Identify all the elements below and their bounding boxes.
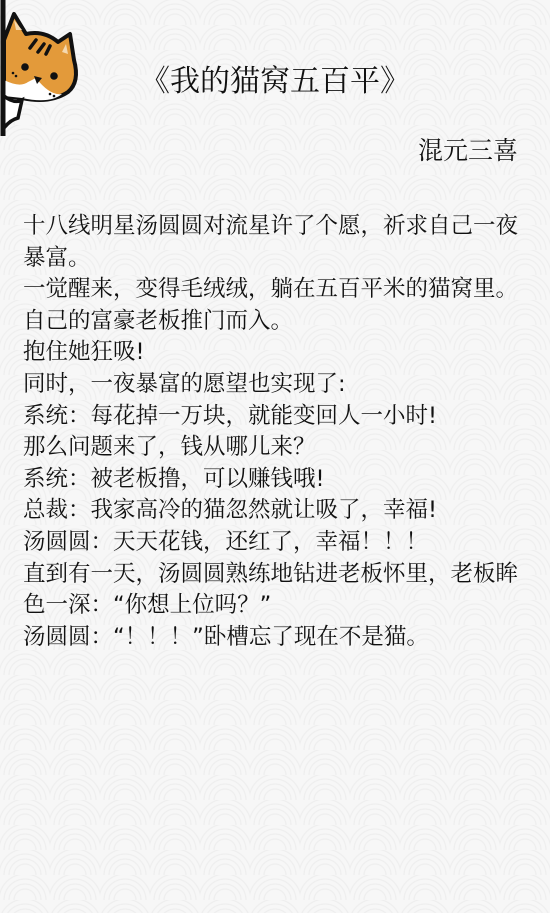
synopsis-line: 抱住她狂吸! bbox=[23, 337, 523, 369]
synopsis-line: 一觉醒来，变得毛绒绒，躺在五百平米的猫窝里。 bbox=[23, 274, 523, 306]
synopsis-line: 汤圆圆：“！！！”卧槽忘了现在不是猫。 bbox=[23, 622, 523, 654]
synopsis-line: 系统：被老板撸，可以赚钱哦! bbox=[23, 464, 523, 496]
synopsis-line: 那么问题来了，钱从哪儿来？ bbox=[23, 432, 523, 464]
author-name: 混元三喜 bbox=[418, 131, 518, 167]
synopsis-line: 十八线明星汤圆圆对流星许了个愿，祈求自己一夜暴富。 bbox=[23, 211, 523, 274]
synopsis-line: 总裁：我家高冷的猫忽然就让吸了，幸福! bbox=[23, 495, 523, 527]
book-title: 《我的猫窝五百平》 bbox=[0, 56, 550, 100]
synopsis-line: 自己的富豪老板推门而入。 bbox=[23, 306, 523, 338]
synopsis-line: 同时，一夜暴富的愿望也实现了: bbox=[23, 369, 523, 401]
synopsis-line: 汤圆圆：天天花钱，还红了，幸福！！！ bbox=[23, 527, 523, 559]
synopsis-line: 直到有一天，汤圆圆熟练地钻进老板怀里，老板眸色一深：“你想上位吗？” bbox=[23, 559, 523, 622]
synopsis-text: 十八线明星汤圆圆对流星许了个愿，祈求自己一夜暴富。 一觉醒来，变得毛绒绒，躺在五… bbox=[23, 211, 523, 653]
synopsis-line: 系统：每花掉一万块，就能变回人一小时! bbox=[23, 401, 523, 433]
